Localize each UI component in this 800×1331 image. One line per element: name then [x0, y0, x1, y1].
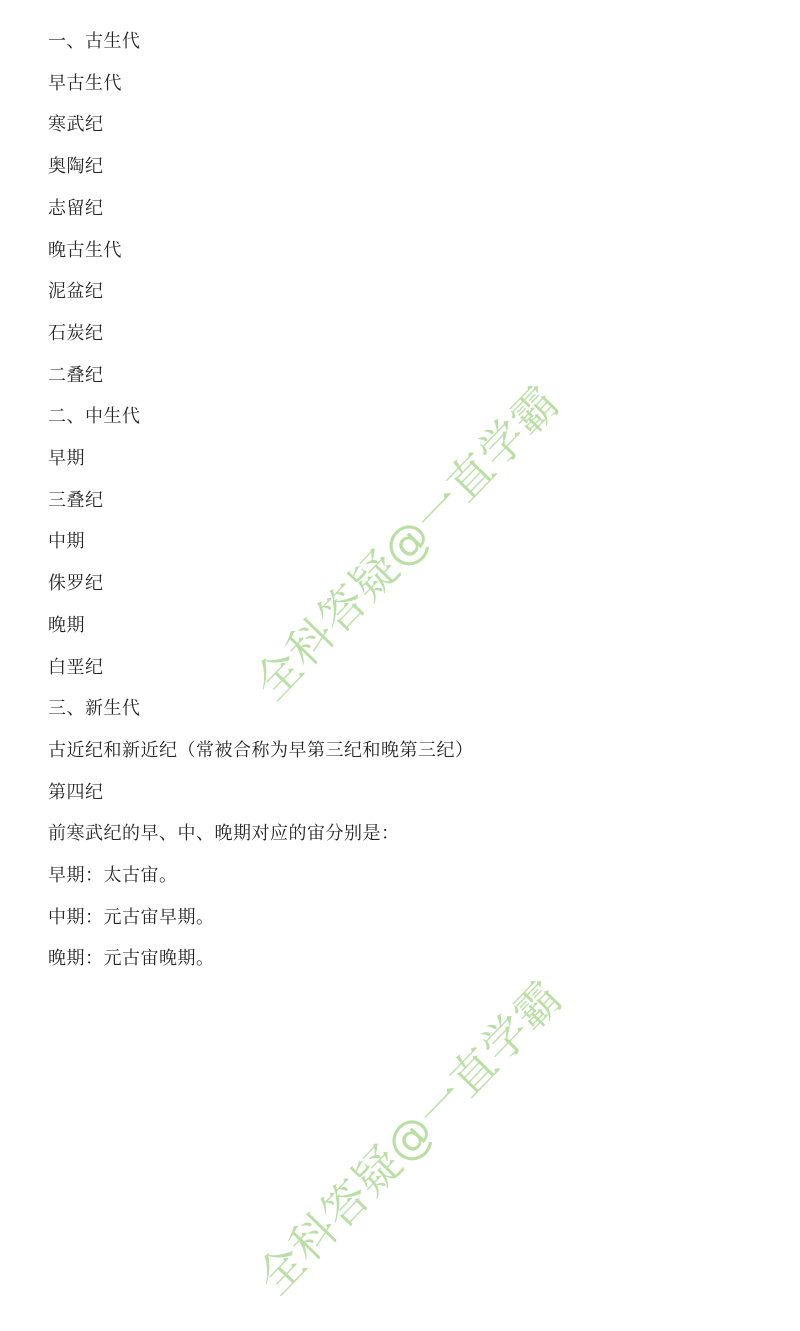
paragraph-line: 二叠纪 — [48, 355, 768, 397]
paragraph-line: 前寒武纪的早、中、晚期对应的宙分别是： — [48, 813, 768, 855]
paragraph-line: 晚期 — [48, 605, 768, 647]
paragraph-line: 石炭纪 — [48, 313, 768, 355]
paragraph-line: 寒武纪 — [48, 104, 768, 146]
paragraph-line: 二、中生代 — [48, 396, 768, 438]
document-body: 一、古生代 早古生代 寒武纪 奥陶纪 志留纪 晚古生代 泥盆纪 石炭纪 二叠纪 … — [48, 21, 768, 980]
paragraph-line: 中期 — [48, 521, 768, 563]
paragraph-line: 第四纪 — [48, 772, 768, 814]
paragraph-line: 中期：元古宙早期。 — [48, 897, 768, 939]
paragraph-line: 奥陶纪 — [48, 146, 768, 188]
paragraph-line: 三、新生代 — [48, 688, 768, 730]
paragraph-line: 志留纪 — [48, 188, 768, 230]
paragraph-line: 早古生代 — [48, 63, 768, 105]
watermark-text: 全科答疑@一直学霸 — [240, 964, 574, 1307]
document-page: 全科答疑@一直学霸 全科答疑@一直学霸 一、古生代 早古生代 寒武纪 奥陶纪 志… — [0, 0, 800, 1331]
paragraph-line: 晚期：元古宙晚期。 — [48, 938, 768, 980]
paragraph-line: 侏罗纪 — [48, 563, 768, 605]
paragraph-line: 一、古生代 — [48, 21, 768, 63]
paragraph-line: 白垩纪 — [48, 647, 768, 689]
paragraph-line: 泥盆纪 — [48, 271, 768, 313]
paragraph-line: 早期 — [48, 438, 768, 480]
paragraph-line: 古近纪和新近纪（常被合称为早第三纪和晚第三纪） — [48, 730, 768, 772]
paragraph-line: 晚古生代 — [48, 230, 768, 272]
paragraph-line: 早期：太古宙。 — [48, 855, 768, 897]
paragraph-line: 三叠纪 — [48, 480, 768, 522]
